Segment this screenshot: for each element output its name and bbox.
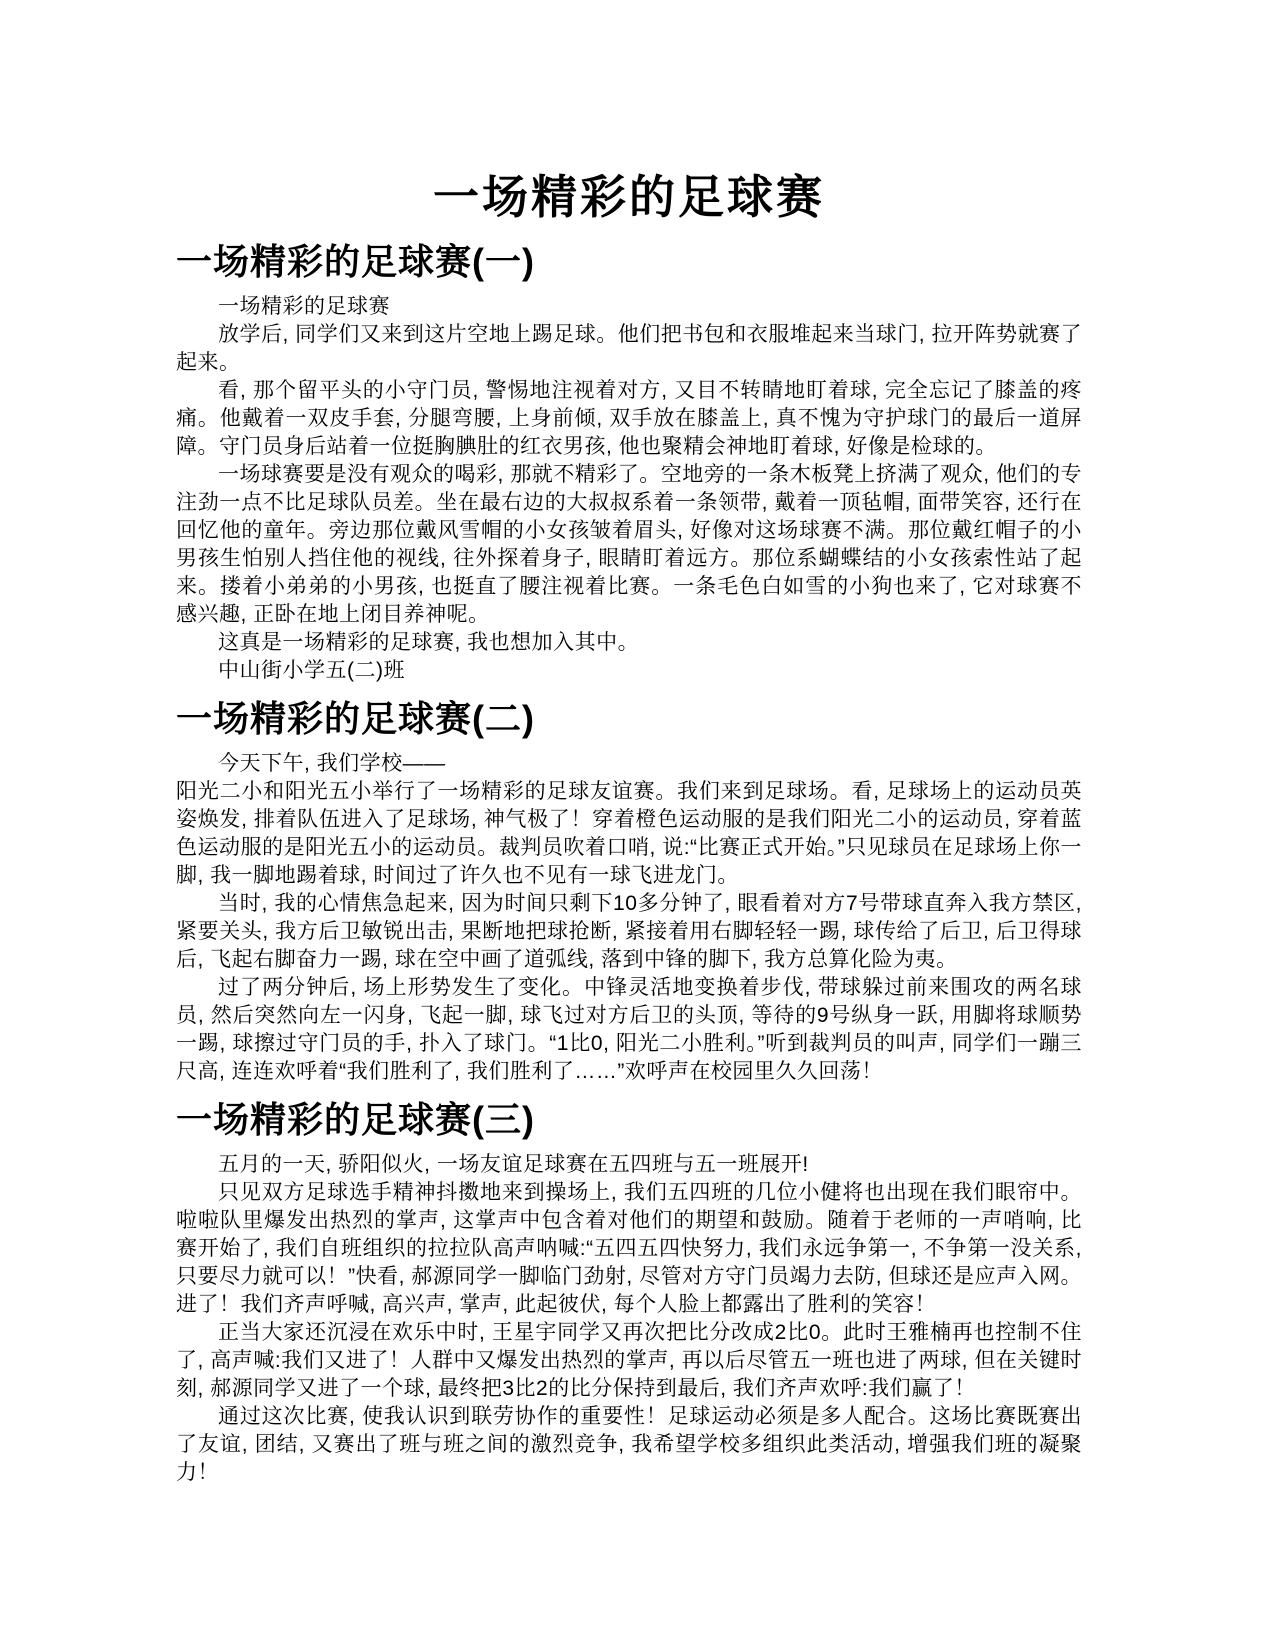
- paragraph: 过了两分钟后, 场上形势发生了变化。中锋灵活地变换着步伐, 带球躲过前来围攻的两…: [176, 974, 1082, 1086]
- paragraph: 今天下午, 我们学校——: [176, 750, 1082, 778]
- sections: 一场精彩的足球赛(一) 一场精彩的足球赛放学后, 同学们又来到这片空地上踢足球。…: [176, 240, 1082, 1487]
- paragraph: 五月的一天, 骄阳似火, 一场友谊足球赛在五四班与五一班展开!: [176, 1151, 1082, 1179]
- paragraph: 这真是一场精彩的足球赛, 我也想加入其中。: [176, 629, 1082, 657]
- essay-section: 一场精彩的足球赛(三) 五月的一天, 骄阳似火, 一场友谊足球赛在五四班与五一班…: [176, 1098, 1082, 1487]
- essay-section: 一场精彩的足球赛(一) 一场精彩的足球赛放学后, 同学们又来到这片空地上踢足球。…: [176, 240, 1082, 685]
- text-block: 一场精彩的足球赛 一场精彩的足球赛(一) 一场精彩的足球赛放学后, 同学们又来到…: [176, 168, 1082, 1487]
- section-heading: 一场精彩的足球赛(一): [176, 240, 1082, 284]
- paragraph: 正当大家还沉浸在欢乐中时, 王星宇同学又再次把比分改成2比0。此时王雅楠再也控制…: [176, 1319, 1082, 1403]
- paragraph: 一场精彩的足球赛: [176, 293, 1082, 321]
- document-page: 一场精彩的足球赛 一场精彩的足球赛(一) 一场精彩的足球赛放学后, 同学们又来到…: [0, 0, 1275, 1650]
- paragraph: 当时, 我的心情焦急起来, 因为时间只剩下10多分钟了, 眼看着对方7号带球直奔…: [176, 890, 1082, 974]
- paragraph: 放学后, 同学们又来到这片空地上踢足球。他们把书包和衣服堆起来当球门, 拉开阵势…: [176, 321, 1082, 377]
- paragraph: 中山街小学五(二)班: [176, 657, 1082, 685]
- paragraph: 阳光二小和阳光五小举行了一场精彩的足球友谊赛。我们来到足球场。看, 足球场上的运…: [176, 778, 1082, 890]
- section-heading: 一场精彩的足球赛(二): [176, 697, 1082, 741]
- paragraph: 通过这次比赛, 使我认识到联劳协作的重要性！足球运动必须是多人配合。这场比赛既赛…: [176, 1403, 1082, 1487]
- essay-section: 一场精彩的足球赛(二) 今天下午, 我们学校——阳光二小和阳光五小举行了一场精彩…: [176, 697, 1082, 1086]
- section-heading: 一场精彩的足球赛(三): [176, 1098, 1082, 1142]
- paragraph: 一场球赛要是没有观众的喝彩, 那就不精彩了。空地旁的一条木板凳上挤满了观众, 他…: [176, 461, 1082, 629]
- document-title: 一场精彩的足球赛: [176, 168, 1082, 226]
- paragraph: 只见双方足球选手精神抖擞地来到操场上, 我们五四班的几位小健将也出现在我们眼帘中…: [176, 1179, 1082, 1319]
- paragraph: 看, 那个留平头的小守门员, 警惕地注视着对方, 又目不转睛地盯着球, 完全忘记…: [176, 377, 1082, 461]
